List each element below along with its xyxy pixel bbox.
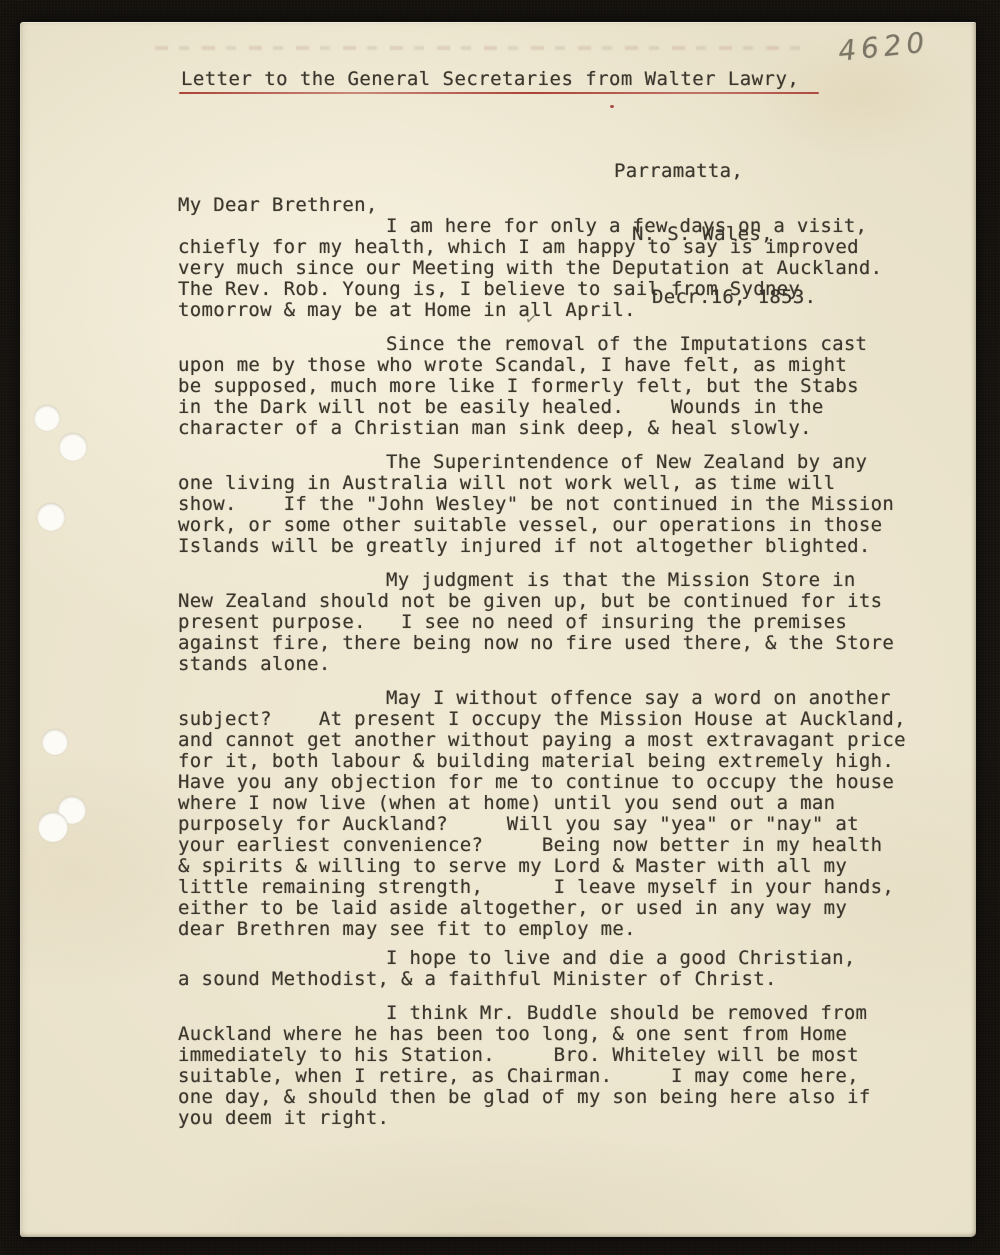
punch-hole (37, 503, 65, 531)
letter-paragraph: My judgment is that the Mission Store in… (178, 570, 958, 675)
letter-line: work, or some other suitable vessel, our… (178, 515, 958, 536)
letter-line: New Zealand should not be given up, but … (178, 591, 958, 612)
letter-line: immediately to his Station. Bro. Whitele… (178, 1045, 958, 1066)
letter-line: May I without offence say a word on anot… (178, 688, 958, 709)
letter-line: Islands will be greatly injured if not a… (178, 536, 958, 557)
letter-line: & spirits & willing to serve my Lord & M… (178, 856, 958, 877)
letter-line: and cannot get another without paying a … (178, 730, 958, 751)
letter-line: I think Mr. Buddle should be removed fro… (178, 1003, 958, 1024)
letter-line: upon me by those who wrote Scandal, I ha… (178, 355, 958, 376)
pencil-tick-mark: ✓ (524, 309, 539, 329)
letter-line: dear Brethren may see fit to employ me. (178, 919, 958, 940)
handwritten-catalog-number: 4620 (837, 25, 931, 67)
letter-line: Since the removal of the Imputations cas… (178, 334, 958, 355)
letter-line: suitable, when I retire, as Chairman. I … (178, 1066, 958, 1087)
letter-line: you deem it right. (178, 1108, 958, 1129)
letter-paragraph: The Superintendence of New Zealand by an… (178, 452, 958, 557)
letter-line: in the Dark will not be easily healed. W… (178, 397, 958, 418)
letter-line: show. If the "John Wesley" be not contin… (178, 494, 958, 515)
letter-line: one day, & should then be glad of my son… (178, 1087, 958, 1108)
punch-hole (59, 433, 87, 461)
punch-hole (42, 729, 68, 755)
letter-line: against fire, there being now no fire us… (178, 633, 958, 654)
letter-line: I hope to live and die a good Christian, (178, 948, 958, 969)
letter-line: where I now live (when at home) until yo… (178, 793, 958, 814)
letter-line: subject? At present I occupy the Mission… (178, 709, 958, 730)
letter-page: 4620 Letter to the General Secretaries f… (20, 22, 976, 1237)
letter-body: My Dear Brethren, I am here for only a f… (178, 195, 958, 1129)
letter-line: My judgment is that the Mission Store in (178, 570, 958, 591)
letter-paragraph: I hope to live and die a good Christian,… (178, 948, 958, 990)
letter-line: The Superintendence of New Zealand by an… (178, 452, 958, 473)
letter-line: your earliest convenience? Being now bet… (178, 835, 958, 856)
letter-line: either to be laid aside altogether, or u… (178, 898, 958, 919)
dateline-place: Parramatta, (614, 161, 816, 182)
letter-line: chiefly for my health, which I am happy … (178, 237, 958, 258)
letter-line: present purpose. I see no need of insuri… (178, 612, 958, 633)
letter-line: Auckland where he has been too long, & o… (178, 1024, 958, 1045)
letter-line: Have you any objection for me to continu… (178, 772, 958, 793)
letter-line: I am here for only a few days on a visit… (178, 216, 958, 237)
letter-paragraph: I am here for only a few days on a visit… (178, 216, 958, 321)
letter-paragraph: Since the removal of the Imputations cas… (178, 334, 958, 439)
letter-line: stands alone. (178, 654, 958, 675)
photograph-background: 4620 Letter to the General Secretaries f… (0, 0, 1000, 1255)
letter-line: little remaining strength, I leave mysel… (178, 877, 958, 898)
punch-hole (34, 405, 60, 431)
letter-paragraph: I think Mr. Buddle should be removed fro… (178, 1003, 958, 1129)
letter-line: one living in Australia will not work we… (178, 473, 958, 494)
letter-line: for it, both labour & building material … (178, 751, 958, 772)
salutation: My Dear Brethren, (178, 195, 958, 216)
letter-line: a sound Methodist, & a faithful Minister… (178, 969, 958, 990)
letter-line: character of a Christian man sink deep, … (178, 418, 958, 439)
letter-paragraph: May I without offence say a word on anot… (178, 688, 958, 940)
letter-line: The Rev. Rob. Young is, I believe to sai… (178, 279, 958, 300)
letter-line: be supposed, much more like I formerly f… (178, 376, 958, 397)
letter-line: purposely for Auckland? Will you say "ye… (178, 814, 958, 835)
ink-bleed-marks (155, 46, 805, 50)
letter-line: tomorrow & may be at Home in all April. (178, 300, 958, 321)
letter-title: Letter to the General Secretaries from W… (181, 68, 799, 90)
letter-line: very much since our Meeting with the Dep… (178, 258, 958, 279)
red-dot-mark (610, 105, 614, 108)
punch-hole (38, 812, 68, 842)
red-underline (179, 92, 819, 94)
